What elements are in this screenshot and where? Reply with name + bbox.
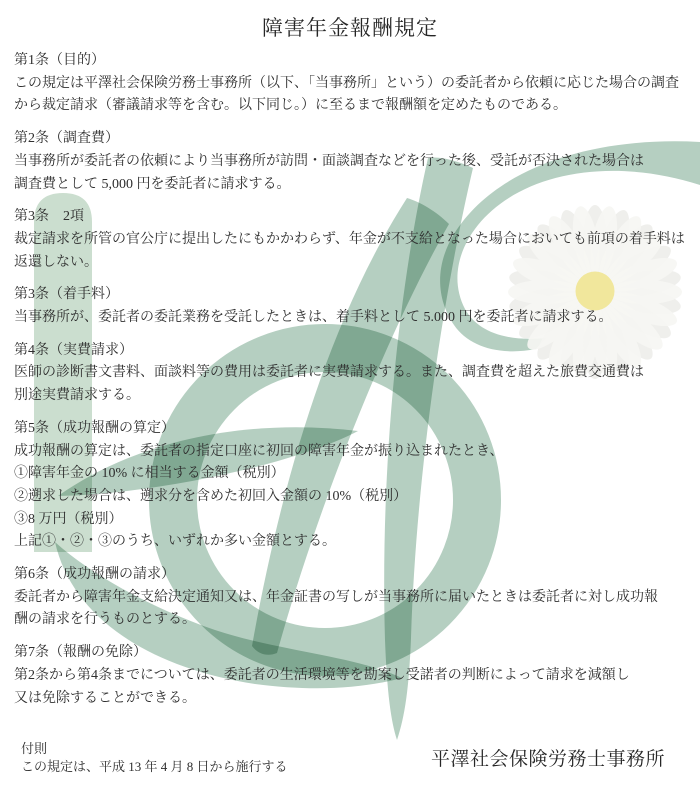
office-name: 平澤社会保険労務士事務所 — [431, 744, 665, 771]
document-line: ②遡求した場合は、遡求分を含めた初回入金額の 10%（税別） — [14, 486, 696, 509]
document-line: 上記①・②・③のうち、いずれか多い金額とする。 — [14, 531, 696, 554]
document-section: 第3条（着手料） 当事務所が、委託者の委託業務を受託したときは、着手料として 5… — [14, 284, 696, 329]
document-line: 調査費として 5,000 円を委託者に請求する。 — [14, 174, 696, 197]
section-heading: 第7条（報酬の免除） — [14, 642, 696, 665]
document-section: 第4条（実費請求） 医師の診断書文書料、面談料等の費用は委託者に実費請求する。ま… — [14, 340, 696, 408]
page-title: 障害年金報酬規定 — [0, 12, 700, 42]
section-heading: 第1条（目的） — [14, 50, 696, 73]
section-heading: 第5条（成功報酬の算定） — [14, 418, 696, 441]
document-body: 第1条（目的） この規定は平澤社会保険労務士事務所（以下、「当事務所」という）の… — [0, 42, 700, 710]
document-line: 医師の診断書文書料、面談料等の費用は委託者に実費請求する。また、調査費を超えた旅… — [14, 362, 696, 385]
appendix-block: 付則 この規定は、平成 13 年 4 月 8 日から施行する — [21, 740, 288, 775]
document-line: 裁定請求を所管の官公庁に提出したにもかかわらず、年金が不支給となった場合において… — [14, 229, 696, 252]
section-heading: 第3条（着手料） — [14, 284, 696, 307]
document-page: 障害年金報酬規定 第1条（目的） この規定は平澤社会保険労務士事務所（以下、「当… — [0, 0, 700, 800]
document-line: 当事務所が委託者の依頼により当事務所が訪問・面談調査などを行った後、受託が否決さ… — [14, 151, 696, 174]
section-heading: 第6条（成功報酬の請求） — [14, 564, 696, 587]
document-section: 第7条（報酬の免除） 第2条から第4条までについては、委託者の生活環境等を勘案し… — [14, 642, 696, 710]
document-line: 当事務所が、委託者の委託業務を受託したときは、着手料として 5.000 円を委託… — [14, 307, 696, 330]
document-section: 第2条（調査費） 当事務所が委託者の依頼により当事務所が訪問・面談調査などを行っ… — [14, 128, 696, 196]
document-section: 第3条 2項 裁定請求を所管の官公庁に提出したにもかかわらず、年金が不支給となっ… — [14, 206, 696, 274]
document-content: 障害年金報酬規定 第1条（目的） この規定は平澤社会保険労務士事務所（以下、「当… — [0, 0, 700, 800]
document-line: 又は免除することができる。 — [14, 688, 696, 711]
document-line: ③8 万円（税別） — [14, 509, 696, 532]
section-heading: 第4条（実費請求） — [14, 340, 696, 363]
document-section: 第1条（目的） この規定は平澤社会保険労務士事務所（以下、「当事務所」という）の… — [14, 50, 696, 118]
appendix-label: 付則 — [21, 740, 288, 758]
section-heading: 第3条 2項 — [14, 206, 696, 229]
document-line: 第2条から第4条までについては、委託者の生活環境等を勘案し受諾者の判断によって請… — [14, 665, 696, 688]
document-line: 別途実費請求する。 — [14, 385, 696, 408]
document-line: から裁定請求（審議請求等を含む。以下同じ。）に至るまで報酬額を定めたものである。 — [14, 95, 696, 118]
document-section: 第5条（成功報酬の算定） 成功報酬の算定は、委託者の指定口座に初回の障害年金が振… — [14, 418, 696, 554]
document-line: 返還しない。 — [14, 252, 696, 275]
document-line: この規定は平澤社会保険労務士事務所（以下、「当事務所」という）の委託者から依頼に… — [14, 73, 696, 96]
appendix-effective-date: この規定は、平成 13 年 4 月 8 日から施行する — [21, 758, 288, 776]
document-line: 成功報酬の算定は、委託者の指定口座に初回の障害年金が振り込まれたとき、 — [14, 441, 696, 464]
section-heading: 第2条（調査費） — [14, 128, 696, 151]
document-section: 第6条（成功報酬の請求） 委託者から障害年金支給決定通知又は、年金証書の写しが当… — [14, 564, 696, 632]
document-line: 酬の請求を行うものとする。 — [14, 609, 696, 632]
document-line: ①障害年金の 10% に相当する金額（税別） — [14, 463, 696, 486]
document-line: 委託者から障害年金支給決定通知又は、年金証書の写しが当事務所に届いたときは委託者… — [14, 587, 696, 610]
